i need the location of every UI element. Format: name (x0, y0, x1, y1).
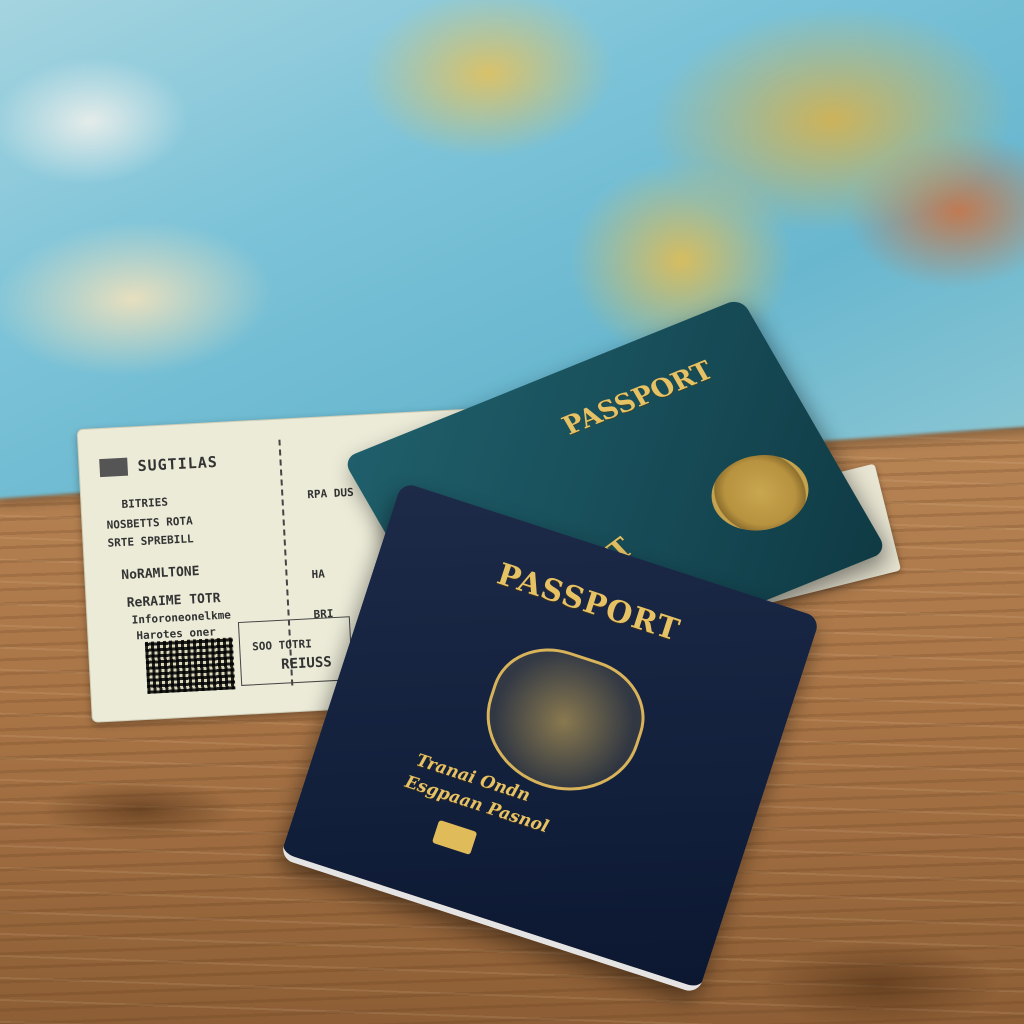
ticket-box: SOO TOTRI REIUSS (238, 616, 353, 686)
qr-code (145, 637, 236, 694)
ticket-line: HA (311, 567, 325, 581)
photo-scene: SUGTILAS BITRIES NOSBETTS ROTA SRTE SPRE… (0, 0, 1024, 1024)
ticket-line: Inforoneonelkme (131, 608, 231, 626)
ticket-line: BITRIES (121, 496, 168, 511)
biometric-chip-icon (432, 820, 477, 855)
ticket-line: RPA DUS (307, 486, 354, 501)
ticket-line: SRTE SPREBILL (107, 532, 194, 549)
ticket-box-label: SOO TOTRI (252, 637, 312, 653)
wood-knot (40, 780, 240, 840)
teal-passport-title: PASSPORT (557, 356, 718, 441)
emblem-seal-icon (696, 442, 823, 544)
ticket-box-value: REIUSS (281, 654, 332, 673)
wood-knot (760, 940, 1000, 1024)
ticket-line: NOSBETTS ROTA (106, 514, 193, 531)
navy-passport-title: PASSPORT (493, 557, 684, 649)
barcode-block (99, 458, 128, 477)
ticket-line: NoRAMLTONE (121, 564, 200, 583)
ticket-line: ReRAIME TOTR (126, 591, 221, 611)
boarding-pass-header: SUGTILAS (137, 453, 218, 475)
